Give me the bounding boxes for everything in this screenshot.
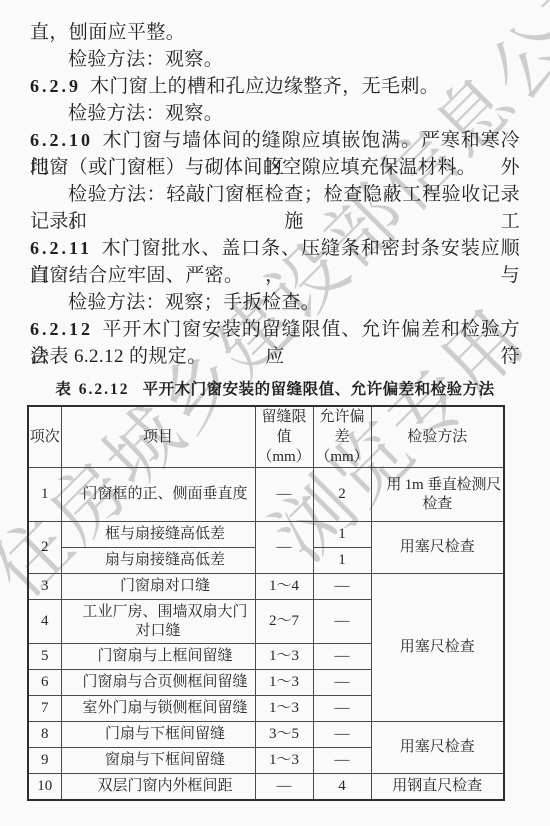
cell-tolerance: 4 xyxy=(313,774,371,800)
cell-index: 5 xyxy=(28,644,61,670)
document-page: 住房城乡建设部信息公开 浏览专用 直，刨面应平整。 检验方法：观察。 6.2.9… xyxy=(0,0,550,826)
header-gap-limit: 留缝限值 （mm） xyxy=(255,406,313,468)
table-caption-title: 平开木门窗安装的留缝限值、允许偏差和检验方法 xyxy=(143,381,495,398)
text-line: 6.2.10木门窗与墙体间的缝隙应填嵌饱满。严寒和寒冷地区外 xyxy=(30,127,520,154)
cell-index: 10 xyxy=(28,774,61,800)
section-number: 6.2.11 xyxy=(30,238,92,258)
cell-item: 窗扇与下框间留缝 xyxy=(61,748,255,774)
cell-index: 8 xyxy=(28,722,61,748)
header-tolerance: 允许偏差 （mm） xyxy=(313,406,371,468)
cell-method: 用塞尺检查 xyxy=(371,574,504,722)
cell-tolerance: 1 xyxy=(313,522,371,548)
text-line: 直，刨面应平整。 xyxy=(30,19,520,46)
cell-index: 2 xyxy=(28,522,61,574)
table-caption-number: 表 6.2.12 xyxy=(55,381,129,398)
cell-tolerance: — xyxy=(313,644,371,670)
header-method: 检验方法 xyxy=(371,406,504,468)
text-line: 检验方法：观察。 xyxy=(30,46,520,73)
table-row: 2 框与扇接缝高低差 — 1 用塞尺检查 xyxy=(28,522,504,548)
text-line: 6.2.11木门窗批水、盖口条、压缝条和密封条安装应顺直，与 xyxy=(30,235,520,262)
text-line: 6.2.9木门窗上的槽和孔应边缘整齐，无毛刺。 xyxy=(30,73,520,100)
cell-index: 7 xyxy=(28,696,61,722)
cell-tolerance: — xyxy=(313,696,371,722)
cell-index: 6 xyxy=(28,670,61,696)
cell-tolerance: 1 xyxy=(313,548,371,574)
header-index: 项次 xyxy=(28,406,61,468)
cell-gap: 1～4 xyxy=(255,574,313,600)
cell-item: 工业厂房、围墙双扇大门对口缝 xyxy=(61,600,255,644)
line-text: 门窗结合应牢固、严密。 xyxy=(30,265,243,286)
line-text: 合表 6.2.12 的规定。 xyxy=(30,346,207,367)
header-gap-limit-line2: （mm） xyxy=(256,447,313,467)
cell-tolerance: 2 xyxy=(313,468,371,522)
line-text: 检验方法：轻敲门窗框检查；检查隐蔽工程验收记录和施工 xyxy=(68,184,520,232)
text-line: 检验方法：观察；手扳检查。 xyxy=(30,289,520,316)
cell-tolerance: — xyxy=(313,600,371,644)
cell-gap: — xyxy=(255,522,313,574)
cell-index: 3 xyxy=(28,574,61,600)
header-tolerance-line1: 允许偏差 xyxy=(314,407,371,447)
cell-method: 用 1m 垂直检测尺检查 xyxy=(371,468,504,522)
table-caption: 表 6.2.12平开木门窗安装的留缝限值、允许偏差和检验方法 xyxy=(30,379,520,401)
text-line: 门窗（或门窗框）与砌体间的空隙应填充保温材料。 xyxy=(30,154,520,181)
cell-item: 门窗扇与上框间留缝 xyxy=(61,644,255,670)
text-line: 6.2.12平开木门窗安装的留缝限值、允许偏差和检验方法应符 xyxy=(30,316,520,343)
cell-tolerance: — xyxy=(313,670,371,696)
cell-tolerance: — xyxy=(313,748,371,774)
cell-gap: 3～5 xyxy=(255,722,313,748)
spec-table: 项次 项目 留缝限值 （mm） 允许偏差 （mm） 检验方法 1 门窗框的正、侧… xyxy=(27,405,505,801)
cell-gap: 1～3 xyxy=(255,670,313,696)
cell-item: 框与扇接缝高低差 xyxy=(61,522,255,548)
cell-item: 门扇与下框间留缝 xyxy=(61,722,255,748)
cell-item: 门窗框的正、侧面垂直度 xyxy=(61,468,255,522)
cell-gap: 2～7 xyxy=(255,600,313,644)
cell-gap: — xyxy=(255,468,313,522)
header-item: 项目 xyxy=(61,406,255,468)
cell-item: 扇与扇接缝高低差 xyxy=(61,548,255,574)
cell-item: 室外门扇与锁侧框间留缝 xyxy=(61,696,255,722)
header-gap-limit-line1: 留缝限值 xyxy=(256,407,313,447)
table-row: 1 门窗框的正、侧面垂直度 — 2 用 1m 垂直检测尺检查 xyxy=(28,468,504,522)
table-row: 10 双层门窗内外框间距 — 4 用钢直尺检查 xyxy=(28,774,504,800)
line-text: 木门窗上的槽和孔应边缘整齐，无毛刺。 xyxy=(90,76,439,97)
body-text: 直，刨面应平整。 检验方法：观察。 6.2.9木门窗上的槽和孔应边缘整齐，无毛刺… xyxy=(0,0,550,801)
cell-index: 4 xyxy=(28,600,61,644)
table-row: 3 门窗扇对口缝 1～4 — 用塞尺检查 xyxy=(28,574,504,600)
cell-gap: 1～3 xyxy=(255,748,313,774)
section-number: 6.2.12 xyxy=(30,319,93,339)
cell-tolerance: — xyxy=(313,722,371,748)
cell-method: 用塞尺检查 xyxy=(371,722,504,774)
table-row: 8 门扇与下框间留缝 3～5 — 用塞尺检查 xyxy=(28,722,504,748)
cell-item: 双层门窗内外框间距 xyxy=(61,774,255,800)
cell-gap: — xyxy=(255,774,313,800)
line-text: 门窗（或门窗框）与砌体间的空隙应填充保温材料。 xyxy=(30,157,476,178)
cell-item: 门窗扇对口缝 xyxy=(61,574,255,600)
cell-tolerance: — xyxy=(313,574,371,600)
section-number: 6.2.9 xyxy=(30,76,81,96)
cell-index: 1 xyxy=(28,468,61,522)
section-number: 6.2.10 xyxy=(30,130,93,150)
text-line: 检验方法：观察。 xyxy=(30,100,520,127)
text-line: 检验方法：轻敲门窗框检查；检查隐蔽工程验收记录和施工 xyxy=(30,181,520,208)
line-text: 检验方法：观察；手扳检查。 xyxy=(68,292,320,313)
cell-method: 用钢直尺检查 xyxy=(371,774,504,800)
cell-gap: 1～3 xyxy=(255,644,313,670)
cell-gap: 1～3 xyxy=(255,696,313,722)
line-text: 检验方法：观察。 xyxy=(68,103,223,124)
line-text: 检验方法：观察。 xyxy=(68,49,223,70)
line-text: 直，刨面应平整。 xyxy=(30,22,185,43)
cell-method: 用塞尺检查 xyxy=(371,522,504,574)
cell-index: 9 xyxy=(28,748,61,774)
line-text: 记录。 xyxy=(30,211,88,232)
cell-item: 门窗扇与合页侧框间留缝 xyxy=(61,670,255,696)
table-header-row: 项次 项目 留缝限值 （mm） 允许偏差 （mm） 检验方法 xyxy=(28,406,504,468)
header-tolerance-line2: （mm） xyxy=(314,447,371,467)
